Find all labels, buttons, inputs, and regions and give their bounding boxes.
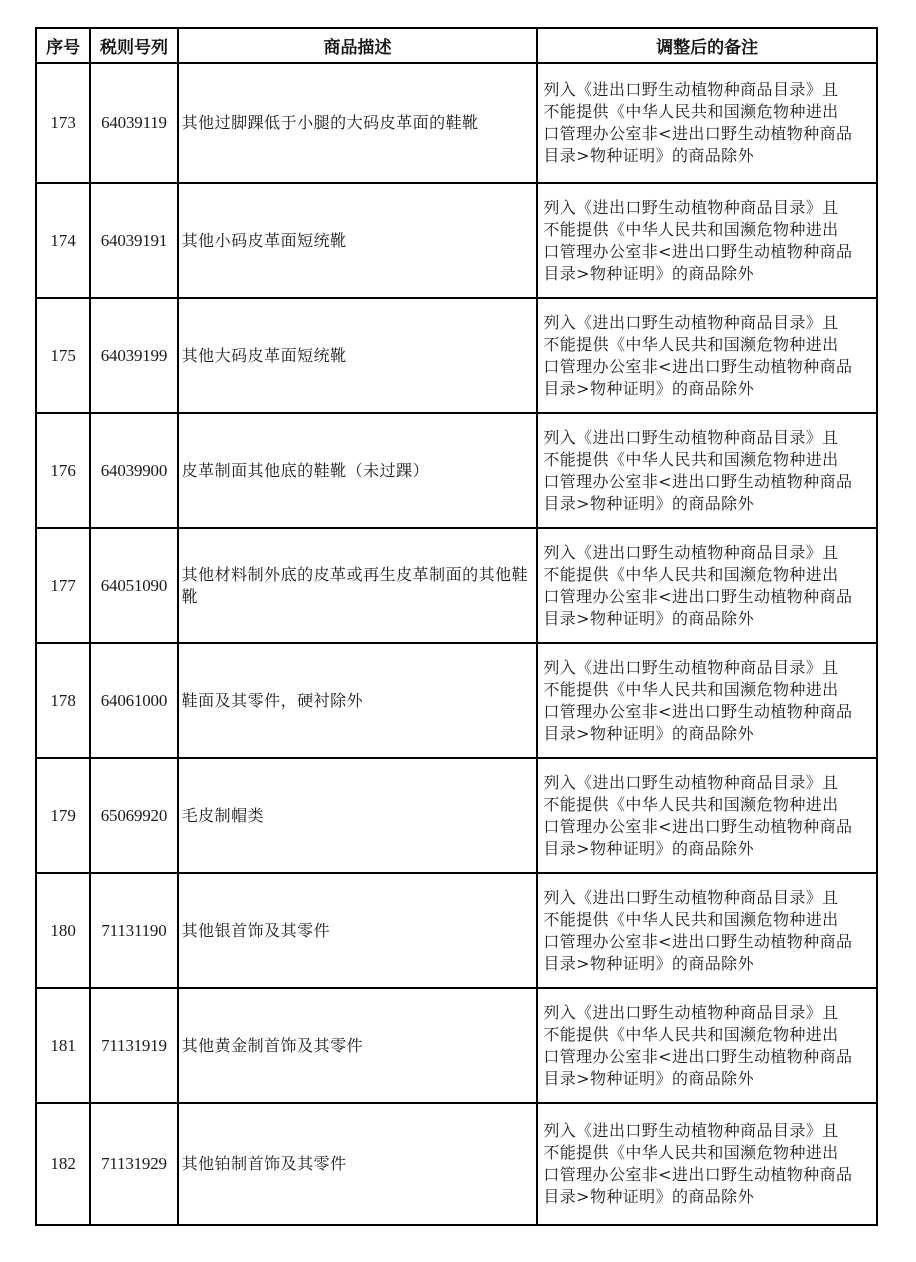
cell-description: 鞋面及其零件，硬衬除外 [178, 643, 538, 758]
cell-tariff-code: 64061000 [90, 643, 177, 758]
note-line: 列入《进出口野生动植物种商品目录》且 [543, 427, 873, 449]
note-line: 目录>物种证明》的商品除外 [543, 1068, 873, 1090]
note-line: 不能提供《中华人民共和国濒危物种进出 [543, 449, 873, 471]
note-line: 口管理办公室非<进出口野生动植物种商品 [543, 471, 873, 493]
note-line: 口管理办公室非<进出口野生动植物种商品 [543, 586, 873, 608]
cell-description: 其他材料制外底的皮革或再生皮革制面的其他鞋靴 [178, 528, 538, 643]
note-line: 不能提供《中华人民共和国濒危物种进出 [543, 909, 873, 931]
note-line: 不能提供《中华人民共和国濒危物种进出 [543, 334, 873, 356]
note-line: 不能提供《中华人民共和国濒危物种进出 [543, 679, 873, 701]
cell-tariff-code: 65069920 [90, 758, 177, 873]
note-line: 列入《进出口野生动植物种商品目录》且 [543, 1002, 873, 1024]
cell-tariff-code: 64039191 [90, 183, 177, 298]
cell-tariff-code: 64039199 [90, 298, 177, 413]
cell-seq: 182 [36, 1103, 90, 1225]
note-line: 列入《进出口野生动植物种商品目录》且 [543, 772, 873, 794]
cell-note: 列入《进出口野生动植物种商品目录》且 不能提供《中华人民共和国濒危物种进出 口管… [537, 413, 877, 528]
note-line: 目录>物种证明》的商品除外 [543, 723, 873, 745]
table-row: 182 71131929 其他铂制首饰及其零件 列入《进出口野生动植物种商品目录… [36, 1103, 877, 1225]
table-row: 178 64061000 鞋面及其零件，硬衬除外 列入《进出口野生动植物种商品目… [36, 643, 877, 758]
cell-description: 皮革制面其他底的鞋靴（未过踝） [178, 413, 538, 528]
table-row: 175 64039199 其他大码皮革面短统靴 列入《进出口野生动植物种商品目录… [36, 298, 877, 413]
cell-tariff-code: 64039119 [90, 63, 177, 183]
note-line: 口管理办公室非<进出口野生动植物种商品 [543, 123, 873, 145]
note-line: 列入《进出口野生动植物种商品目录》且 [543, 542, 873, 564]
note-line: 列入《进出口野生动植物种商品目录》且 [543, 79, 873, 101]
note-line: 列入《进出口野生动植物种商品目录》且 [543, 887, 873, 909]
cell-note: 列入《进出口野生动植物种商品目录》且 不能提供《中华人民共和国濒危物种进出 口管… [537, 873, 877, 988]
cell-description: 其他大码皮革面短统靴 [178, 298, 538, 413]
note-line: 不能提供《中华人民共和国濒危物种进出 [543, 101, 873, 123]
cell-description: 其他黄金制首饰及其零件 [178, 988, 538, 1103]
cell-tariff-code: 71131190 [90, 873, 177, 988]
note-line: 口管理办公室非<进出口野生动植物种商品 [543, 1046, 873, 1068]
note-line: 目录>物种证明》的商品除外 [543, 953, 873, 975]
cell-seq: 174 [36, 183, 90, 298]
header-seq: 序号 [36, 28, 90, 63]
note-line: 口管理办公室非<进出口野生动植物种商品 [543, 701, 873, 723]
cell-seq: 176 [36, 413, 90, 528]
note-line: 不能提供《中华人民共和国濒危物种进出 [543, 794, 873, 816]
header-description: 商品描述 [178, 28, 538, 63]
cell-seq: 177 [36, 528, 90, 643]
cell-note: 列入《进出口野生动植物种商品目录》且 不能提供《中华人民共和国濒危物种进出 口管… [537, 1103, 877, 1225]
note-line: 不能提供《中华人民共和国濒危物种进出 [543, 219, 873, 241]
note-line: 目录>物种证明》的商品除外 [543, 838, 873, 860]
cell-note: 列入《进出口野生动植物种商品目录》且 不能提供《中华人民共和国濒危物种进出 口管… [537, 528, 877, 643]
cell-description: 其他银首饰及其零件 [178, 873, 538, 988]
cell-tariff-code: 64039900 [90, 413, 177, 528]
cell-note: 列入《进出口野生动植物种商品目录》且 不能提供《中华人民共和国濒危物种进出 口管… [537, 643, 877, 758]
cell-note: 列入《进出口野生动植物种商品目录》且 不能提供《中华人民共和国濒危物种进出 口管… [537, 298, 877, 413]
note-line: 口管理办公室非<进出口野生动植物种商品 [543, 1164, 873, 1186]
table-row: 174 64039191 其他小码皮革面短统靴 列入《进出口野生动植物种商品目录… [36, 183, 877, 298]
header-tariff-code: 税则号列 [90, 28, 177, 63]
cell-seq: 178 [36, 643, 90, 758]
tariff-remarks-table: 序号 税则号列 商品描述 调整后的备注 173 64039119 其他过脚踝低于… [35, 27, 878, 1226]
note-line: 目录>物种证明》的商品除外 [543, 608, 873, 630]
cell-note: 列入《进出口野生动植物种商品目录》且 不能提供《中华人民共和国濒危物种进出 口管… [537, 758, 877, 873]
cell-seq: 181 [36, 988, 90, 1103]
note-line: 不能提供《中华人民共和国濒危物种进出 [543, 564, 873, 586]
cell-seq: 173 [36, 63, 90, 183]
note-line: 目录>物种证明》的商品除外 [543, 378, 873, 400]
cell-note: 列入《进出口野生动植物种商品目录》且 不能提供《中华人民共和国濒危物种进出 口管… [537, 63, 877, 183]
note-line: 列入《进出口野生动植物种商品目录》且 [543, 657, 873, 679]
note-line: 目录>物种证明》的商品除外 [543, 1186, 873, 1208]
cell-description: 毛皮制帽类 [178, 758, 538, 873]
table-row: 179 65069920 毛皮制帽类 列入《进出口野生动植物种商品目录》且 不能… [36, 758, 877, 873]
note-line: 口管理办公室非<进出口野生动植物种商品 [543, 816, 873, 838]
table-row: 177 64051090 其他材料制外底的皮革或再生皮革制面的其他鞋靴 列入《进… [36, 528, 877, 643]
table-header-row: 序号 税则号列 商品描述 调整后的备注 [36, 28, 877, 63]
note-line: 不能提供《中华人民共和国濒危物种进出 [543, 1142, 873, 1164]
note-line: 口管理办公室非<进出口野生动植物种商品 [543, 241, 873, 263]
cell-seq: 175 [36, 298, 90, 413]
cell-seq: 179 [36, 758, 90, 873]
cell-tariff-code: 71131929 [90, 1103, 177, 1225]
table-row: 181 71131919 其他黄金制首饰及其零件 列入《进出口野生动植物种商品目… [36, 988, 877, 1103]
cell-tariff-code: 71131919 [90, 988, 177, 1103]
table-row: 180 71131190 其他银首饰及其零件 列入《进出口野生动植物种商品目录》… [36, 873, 877, 988]
table-row: 176 64039900 皮革制面其他底的鞋靴（未过踝） 列入《进出口野生动植物… [36, 413, 877, 528]
cell-tariff-code: 64051090 [90, 528, 177, 643]
cell-seq: 180 [36, 873, 90, 988]
cell-description: 其他过脚踝低于小腿的大码皮革面的鞋靴 [178, 63, 538, 183]
cell-description: 其他铂制首饰及其零件 [178, 1103, 538, 1225]
note-line: 不能提供《中华人民共和国濒危物种进出 [543, 1024, 873, 1046]
header-adjusted-note: 调整后的备注 [537, 28, 877, 63]
note-line: 目录>物种证明》的商品除外 [543, 145, 873, 167]
note-line: 列入《进出口野生动植物种商品目录》且 [543, 312, 873, 334]
table-row: 173 64039119 其他过脚踝低于小腿的大码皮革面的鞋靴 列入《进出口野生… [36, 63, 877, 183]
note-line: 口管理办公室非<进出口野生动植物种商品 [543, 931, 873, 953]
cell-note: 列入《进出口野生动植物种商品目录》且 不能提供《中华人民共和国濒危物种进出 口管… [537, 988, 877, 1103]
note-line: 目录>物种证明》的商品除外 [543, 263, 873, 285]
note-line: 列入《进出口野生动植物种商品目录》且 [543, 197, 873, 219]
cell-note: 列入《进出口野生动植物种商品目录》且 不能提供《中华人民共和国濒危物种进出 口管… [537, 183, 877, 298]
note-line: 列入《进出口野生动植物种商品目录》且 [543, 1120, 873, 1142]
note-line: 口管理办公室非<进出口野生动植物种商品 [543, 356, 873, 378]
cell-description: 其他小码皮革面短统靴 [178, 183, 538, 298]
note-line: 目录>物种证明》的商品除外 [543, 493, 873, 515]
